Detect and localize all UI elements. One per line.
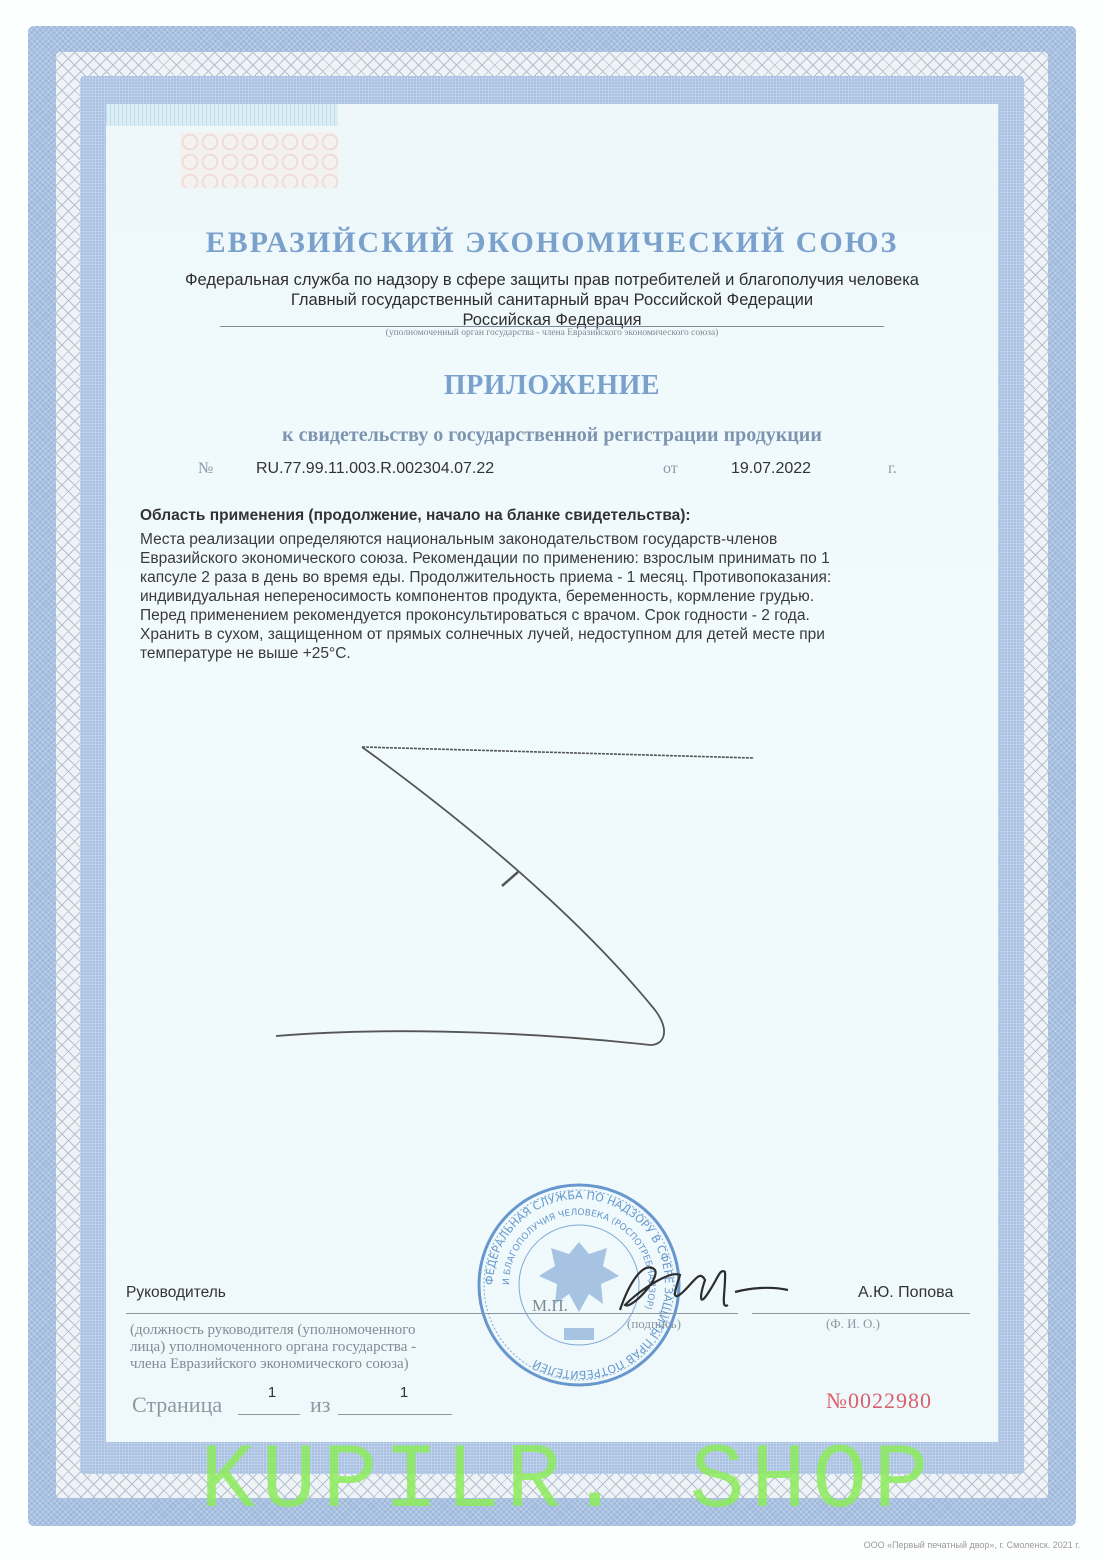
fio-line: [752, 1313, 970, 1314]
scope-line: Перед применением рекомендуется проконсу…: [140, 606, 970, 625]
page-total: 1: [374, 1384, 434, 1401]
scope-line: капсуле 2 раза в день во время еды. Прод…: [140, 568, 970, 587]
head-label: Руководитель: [126, 1284, 226, 1302]
scope-body: Места реализации определяются национальн…: [140, 530, 970, 663]
registration-row: № RU.77.99.11.003.R.002304.07.22 от 19.0…: [198, 460, 918, 484]
position-caption-line: (должность руководителя (уполномоченного: [130, 1322, 510, 1339]
position-caption: (должность руководителя (уполномоченного…: [130, 1322, 510, 1373]
position-signature-line: [126, 1313, 738, 1314]
registration-number: RU.77.99.11.003.R.002304.07.22: [256, 460, 494, 478]
serial-number: №0022980: [826, 1388, 932, 1414]
security-hologram: [180, 132, 338, 188]
number-sign: №: [198, 460, 213, 478]
position-caption-line: лица) уполномоченного органа государства…: [130, 1339, 510, 1356]
appendix-subtitle: к свидетельству о государственной регист…: [106, 424, 998, 447]
date-prefix: от: [663, 460, 678, 478]
page-current-line: [238, 1414, 300, 1415]
page-current: 1: [242, 1384, 302, 1401]
fio-caption: (Ф. И. О.): [826, 1316, 880, 1332]
year-suffix: г.: [888, 460, 897, 478]
pagination: Страница 1 из 1: [132, 1384, 462, 1418]
agency-divider: [220, 326, 884, 327]
page-label: Страница: [132, 1392, 222, 1418]
agency-caption: (уполномоченный орган государства - член…: [106, 328, 998, 338]
agency-line-2: Главный государственный санитарный врач …: [106, 290, 998, 310]
agency-block: Федеральная служба по надзору в сфере за…: [106, 270, 998, 330]
scope-heading: Область применения (продолжение, начало …: [140, 507, 691, 525]
scope-line: индивидуальная непереносимость компонент…: [140, 587, 970, 606]
scope-line: температуре не выше +25°С.: [140, 644, 970, 663]
position-caption-line: члена Евразийского экономического союза): [130, 1356, 510, 1373]
agency-line-3: Российская Федерация: [106, 310, 998, 330]
appendix-title: ПРИЛОЖЕНИЕ: [106, 370, 998, 402]
of-label: из: [310, 1392, 330, 1418]
watermark: KUPILR. SHOP: [200, 1432, 920, 1532]
page-total-line: [338, 1414, 452, 1415]
union-title: ЕВРАЗИЙСКИЙ ЭКОНОМИЧЕСКИЙ СОЮЗ: [106, 226, 998, 260]
stamp-place-label: М.П.: [532, 1296, 568, 1316]
head-name: А.Ю. Попова: [858, 1284, 953, 1302]
scope-line: Места реализации определяются национальн…: [140, 530, 970, 549]
scope-line: Хранить в сухом, защищенном от прямых со…: [140, 625, 970, 644]
registration-date: 19.07.2022: [731, 460, 811, 478]
microprint-strip: [106, 104, 338, 126]
signature-caption: (подпись): [627, 1316, 681, 1332]
void-z-mark: [260, 730, 780, 1060]
printer-note: ООО «Первый печатный двор», г. Смоленск.…: [770, 1540, 1080, 1550]
agency-line-1: Федеральная служба по надзору в сфере за…: [106, 270, 998, 290]
scope-line: Евразийского экономического союза. Реком…: [140, 549, 970, 568]
